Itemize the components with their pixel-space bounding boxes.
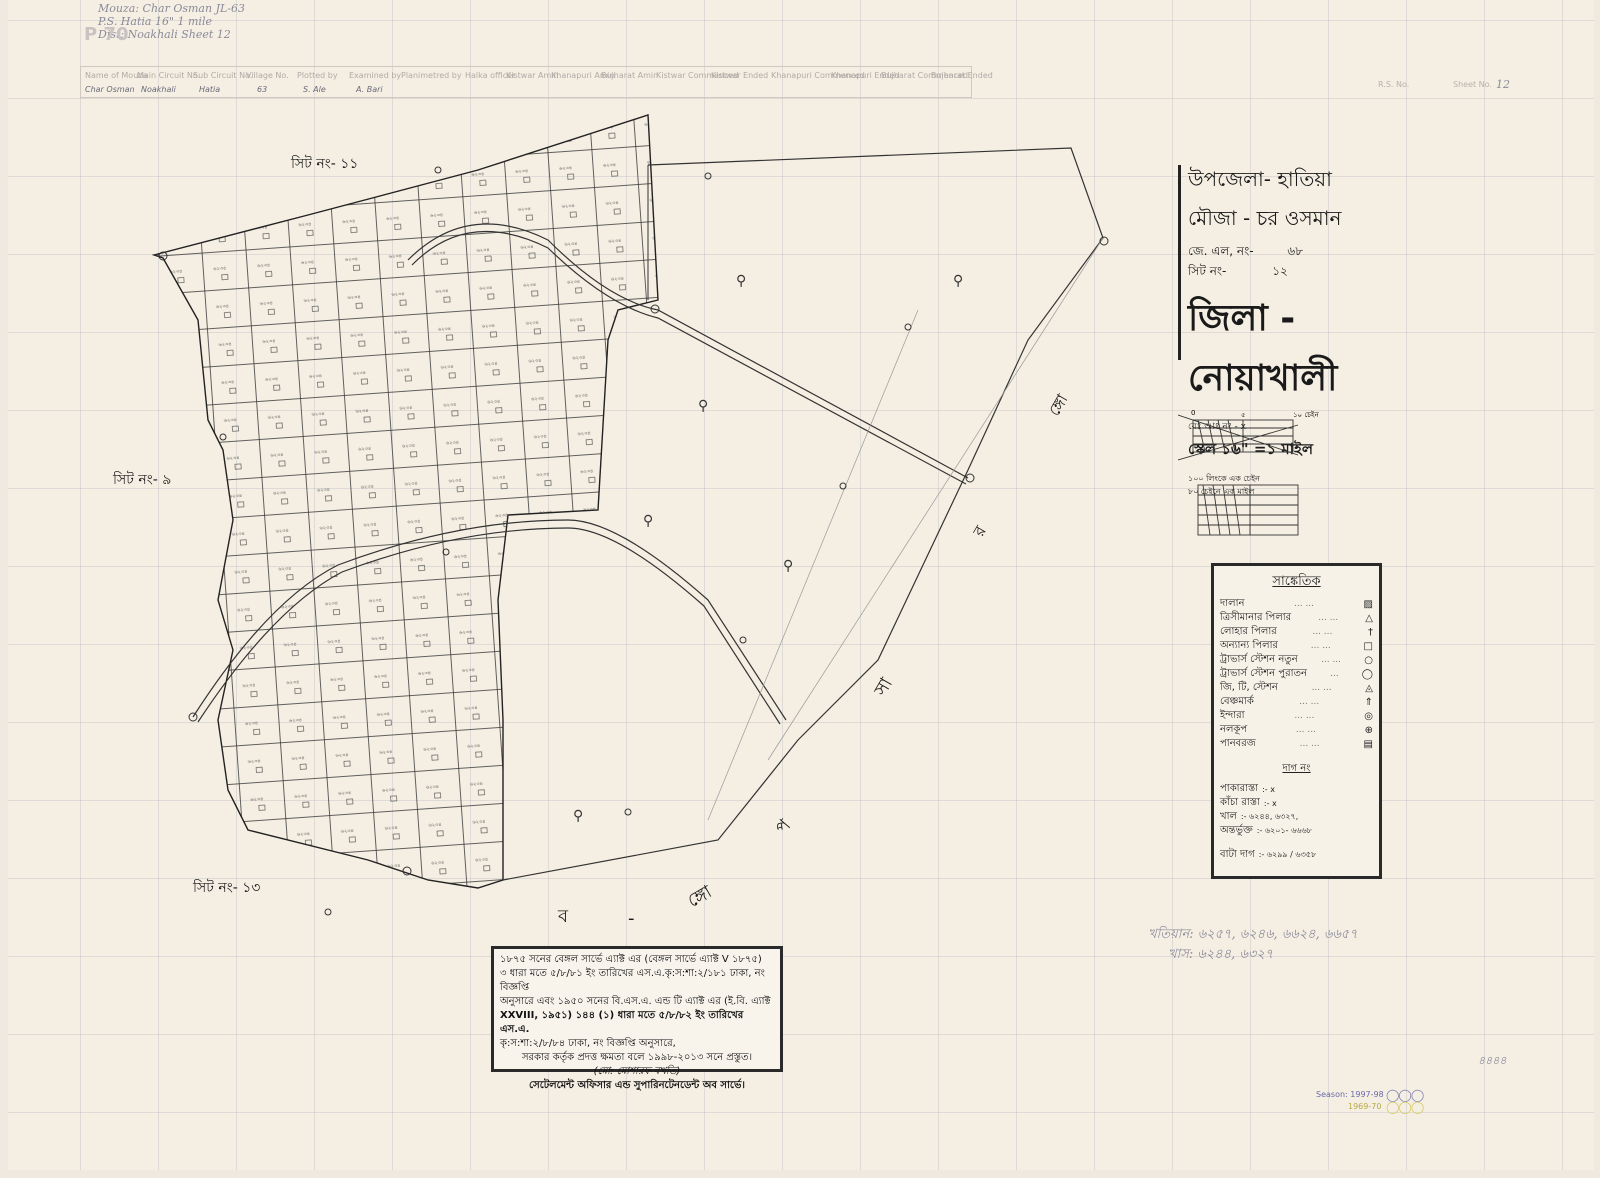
notice-line: সরকার কর্তৃক প্রদত্ত ক্ষমতা বলে ১৯৯৮-২০১… [500,1051,774,1065]
mouza-title: মৌজা - চর ওসমান [1188,204,1418,237]
map-sheet: Mouza: Char Osman JL-63 P.S. Hatia 16" 1… [8,0,1594,1170]
diagonal-scale [1178,410,1328,550]
khatian-note: খতিয়ান: ৬২৫৭, ৬২৪৬, ৬৬২৪, ৬৬৫৭ [1148,925,1358,946]
sheet-label-north: সিট নং- ১১ [291,152,358,176]
dag-value: :- x [1262,785,1275,794]
stamp-circles-2: ◯◯◯ [1386,1100,1423,1114]
legend-item: পানবরজ... ...▤ [1214,737,1379,751]
scale-bar-label: ১০ চেইন [1293,409,1319,421]
bata-dag: বাটা দাগ:- ৬২৯৯ / ৬৩৫৮ [1214,848,1379,862]
sheet-number: সিট নং- ১২ [1188,263,1418,283]
legal-notice-box: ১৮৭৫ সনের বেঙ্গল সার্ভে এ্যাক্ট এর (বেঙ্… [491,946,783,1072]
svg-text:⚲: ⚲ [736,273,746,289]
dag-item: অন্তর্ভুক্ত:- ৬২০১- ৬৬৬৮ [1214,824,1379,838]
sheet-label: সিট নং- [1188,264,1226,278]
svg-text:⚲: ⚲ [953,273,963,289]
svg-text:⚲: ⚲ [698,398,708,414]
dag-value: :- ৬২০১- ৬৬৬৮ [1257,825,1312,838]
dag-item: কাঁচা রাস্তা:- x [1214,796,1379,810]
dag-value: :- x [1264,799,1277,808]
sheet-value: ১২ [1272,264,1288,278]
notice-line: ১৮৭৫ সনের বেঙ্গল সার্ভে এ্যাক্ট এর (বেঙ্… [500,953,774,967]
season-stamp-2: 1969-70 [1348,1102,1381,1111]
water-label: ব [558,902,568,933]
old-station-icon: ◯ [1362,669,1373,680]
notice-line: ৩ ধারা মতে ৫/৮/৮১ ইং তারিখের এস.এ.কৃ:স:শ… [500,967,774,995]
svg-text:⚲: ⚲ [643,513,653,529]
svg-text:⚲: ⚲ [783,558,793,574]
betel-garden-icon: ▤ [1364,739,1373,750]
svg-text:⚲: ⚲ [573,808,583,824]
sheet-label-south: সিট নং- ১৩ [193,876,260,900]
signatory: সেটেলমেন্ট অফিসার এন্ড সুপারিনটেনডেন্ট অ… [500,1079,774,1093]
tubewell-icon: ⊕ [1365,725,1373,736]
jl-value: ৬৮ [1287,244,1303,258]
gt-station-icon: ◬ [1365,683,1373,694]
khas-note: খাস: ৬২৪৪, ৬৩২৭ [1168,945,1273,966]
notice-line: XXVIII, ১৯৫১) ১৪৪ (১) ধারা মতে ৫/৮/৮২ ইং… [500,1009,774,1037]
iron-pillar-icon: † [1368,627,1373,638]
upazila-title: উপজেলা- হাতিয়া [1188,165,1418,198]
dag-title: দাগ নং [1214,761,1379,778]
jl-label: জে. এল, নং- [1188,244,1254,258]
scale-bar-label: 0 [1191,409,1195,417]
legend-label: পানবরজ [1220,736,1256,753]
benchmark-icon: ⇑ [1365,697,1373,708]
bata-label: বাটা দাগ [1220,847,1255,864]
water-label: - [628,908,635,929]
notice-line: কৃ:স:শা:২/৮/৮৪ ঢাকা, নং বিজ্ঞপ্তি অনুসার… [500,1037,774,1051]
building-icon: ▨ [1364,599,1373,610]
season-stamp: Season: 1997-98 [1316,1090,1384,1099]
square-pillar-icon: □ [1364,641,1373,652]
legend-box: সাঙ্কেতিক দালান... ...▨ ত্রিসীমানার পিলা… [1211,563,1382,879]
district-title: জিলা - নোয়াখালী [1188,291,1418,411]
title-bracket [1178,165,1181,360]
notice-line: অনুসারে এবং ১৯৫০ সনের বি.এস.এ. এন্ড টি এ… [500,995,774,1009]
signature: (মো: মোশারফ বখতি) [500,1065,774,1079]
scale-bar-label: ৫ [1241,409,1246,421]
well-icon: ◎ [1364,711,1373,722]
circle-station-icon: ○ [1364,655,1373,666]
legend-title: সাঙ্কেতিক [1214,572,1379,593]
dag-label: অন্তর্ভুক্ত [1220,823,1253,840]
triangle-pillar-icon: △ [1365,613,1373,624]
jl-number: জে. এল, নং- ৬৮ [1188,243,1418,263]
sheet-label-west: সিট নং- ৯ [113,468,171,492]
stamp-number: ৪৪৪৪ [1478,1052,1507,1071]
bata-value: :- ৬২৯৯ / ৬৩৫৮ [1259,849,1316,862]
